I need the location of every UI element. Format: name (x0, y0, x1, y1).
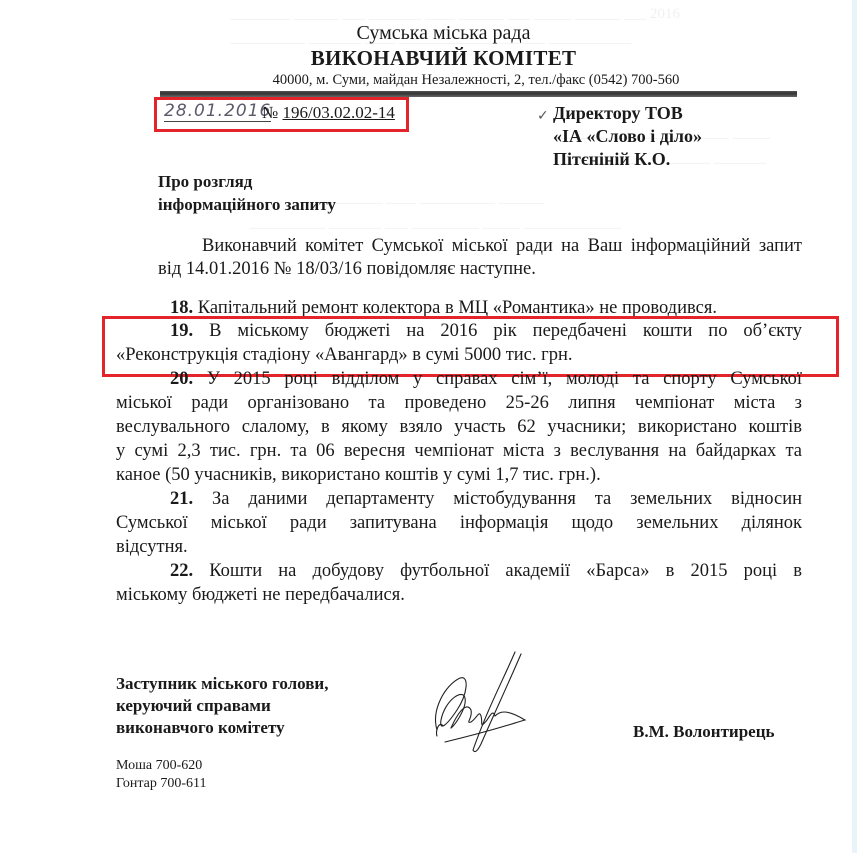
organization-address: 40000, м. Суми, майдан Незалежності, 2, … (0, 72, 857, 89)
item-22-line: 22. Кошти на добудову футбольної академі… (170, 561, 802, 582)
item-number: 22. (170, 561, 193, 581)
item-20-line: каное (50 учасників, використано коштів … (116, 465, 802, 486)
signatory-name: В.М. Волонтирець (633, 722, 775, 742)
item-19-line: «Реконструкція стадіону «Авангард» в сум… (116, 345, 802, 366)
item-19-line: 19. В міському бюджеті на 2016 рік перед… (170, 321, 802, 342)
item-text: За даними департаменту містобудування та… (212, 489, 802, 509)
item-text: У 2015 році відділом у справах сім’ї, мо… (207, 369, 802, 389)
number-sign: № (262, 103, 278, 122)
item-text: Капітальний ремонт колектора в МЦ «Роман… (198, 298, 717, 318)
check-mark-icon: ✓ (537, 108, 549, 124)
bleed-through-text: __________ _______ ___ _________ _____ _… (250, 215, 621, 232)
addressee-line: Директору ТОВ (553, 103, 683, 124)
intro-line: Виконавчий комітет Сумської міської ради… (202, 236, 802, 257)
bleed-through-text: _______ ____ __________ ______ (330, 190, 544, 207)
subject-line: інформаційного запиту (158, 195, 336, 215)
contact-name: Гонтар (116, 776, 157, 791)
contact-phone: 700-611 (160, 776, 206, 791)
organization-name: Сумська міська рада (0, 22, 857, 45)
signatory-title-line: виконавчого комітету (116, 718, 285, 738)
handwritten-date: 28.01.2016 (164, 101, 271, 122)
addressee-line: Пітєніній К.О. (553, 149, 670, 170)
intro-line: від 14.01.2016 № 18/03/16 повідомляє нас… (158, 259, 844, 280)
subject-line: Про розгляд (158, 172, 252, 192)
contact-name: Моша (116, 758, 152, 773)
contact-line: Моша 700-620 (116, 758, 202, 774)
handwritten-signature-icon (415, 650, 555, 760)
document-number-value: 196/03.02.02-14 (282, 103, 394, 122)
item-21-line: 21. За даними департаменту містобудуванн… (170, 489, 802, 510)
item-number: 18. (170, 298, 193, 318)
signatory-title-line: керуючий справами (116, 696, 271, 716)
item-text: Кошти на добудову футбольної академії «Б… (209, 561, 802, 581)
document-number: № 196/03.02.02-14 (262, 103, 395, 123)
bleed-through-text: ________ ______ ___ _______ ____ ______ … (230, 6, 680, 23)
signatory-title-line: Заступник міського голови, (116, 674, 328, 694)
item-number: 21. (170, 489, 193, 509)
item-20-line: 20. У 2015 році відділом у справах сім’ї… (170, 369, 802, 390)
scan-edge-strip (852, 0, 857, 853)
contact-line: Гонтар 700-611 (116, 776, 207, 792)
committee-name: ВИКОНАВЧИЙ КОМІТЕТ (0, 46, 857, 71)
item-20-line: у сумі 2,3 тис. грн. та 06 вересня чемпі… (116, 441, 802, 462)
item-number: 20. (170, 369, 193, 389)
item-text: В міському бюджеті на 2016 рік передбаче… (209, 321, 802, 341)
item-21-line: Сумської міської ради запитувана інформа… (116, 513, 802, 534)
item-20-line: веслувального слалому, в якому взяло уча… (116, 417, 802, 438)
item-20-line: міської ради організовано та проведено 2… (116, 393, 802, 414)
item-number: 19. (170, 321, 193, 341)
item-22-line: міському бюджеті не передбачалися. (116, 585, 802, 606)
addressee-line: «ІА «Слово і діло» (553, 126, 702, 147)
item-21-line: відсутня. (116, 537, 802, 558)
contact-phone: 700-620 (156, 758, 203, 773)
